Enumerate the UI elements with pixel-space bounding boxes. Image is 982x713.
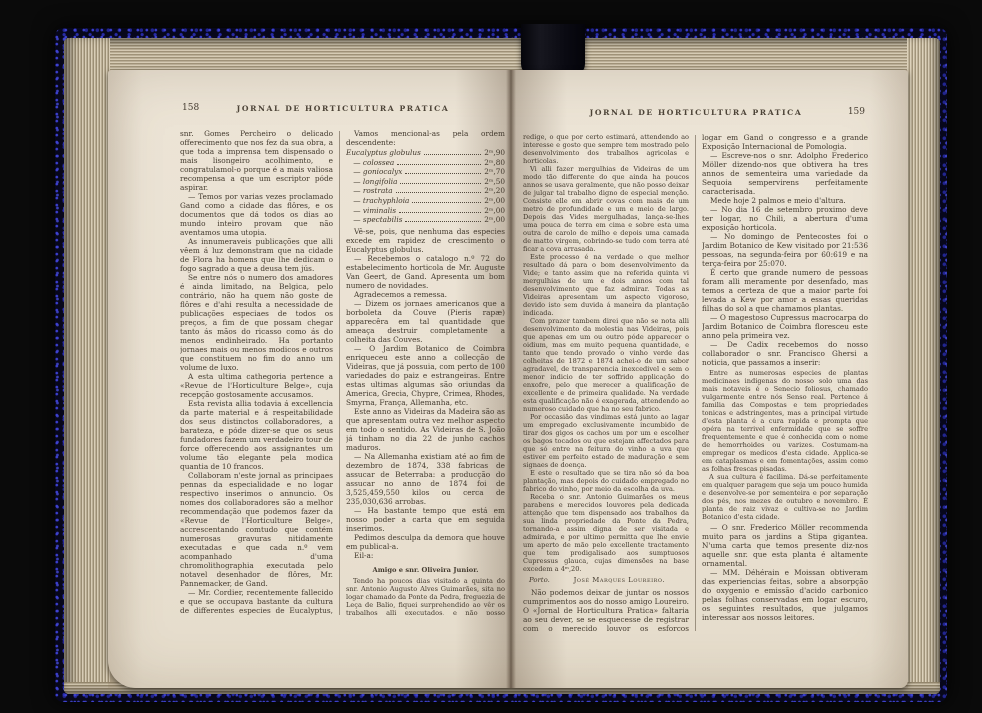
dotted-leader — [405, 173, 481, 174]
closing-paragraphs: — O snr. Frederico Möller recommenda mui… — [702, 523, 868, 622]
left-page-column-1: snr. Gomes Percheiro o delicado offereci… — [180, 129, 333, 615]
species-height-value: 2ᵐ,50 — [484, 177, 505, 187]
species-height-value: 2ᵐ,20 — [484, 186, 505, 196]
species-list-intro: Vamos mencional-as pela ordem descendent… — [346, 129, 505, 147]
paragraph: — Na Allemanha existiam até ao fim de de… — [346, 452, 505, 506]
paragraph: — O Jardim Botanico de Coimbra enriquece… — [346, 344, 505, 407]
paragraph: — No domingo de Pentecostes foi o Jardim… — [702, 232, 868, 268]
letter-signature: Porto. José Marques Loureiro. — [523, 576, 689, 584]
dotted-leader — [405, 221, 481, 222]
letter-paragraph: E este o resultado que se tira não só da… — [523, 469, 689, 493]
right-page-column-2: logar em Gand o congresso e a grande Exp… — [702, 133, 868, 631]
dotted-leader — [397, 164, 481, 165]
paragraph: A esta ultima cathegoria pertence a «Rev… — [180, 372, 333, 399]
left-running-head: 158 JORNAL DE HORTICULTURA PRATICA — [180, 104, 506, 118]
paragraph: logar em Gand o congresso e a grande Exp… — [702, 133, 868, 151]
letter-paragraph: Este processo é na verdade o que melhor … — [523, 253, 689, 317]
paragraph: — No dia 16 de setembro proximo deve ter… — [702, 205, 868, 232]
species-height-value: 2ᵐ,80 — [484, 158, 505, 168]
paragraph: — Temos por varias vezes proclamado Gand… — [180, 192, 333, 237]
right-page-number: 159 — [848, 107, 865, 117]
paragraph: Se entre nós o numero dos amadores é ain… — [180, 273, 333, 372]
species-name: — spectabilis — [346, 215, 402, 225]
letter-paragraph: Com prazer tambem direi que não se nota … — [523, 317, 689, 413]
spine-binding — [521, 24, 585, 76]
species-row: — trachyphloia 2ᵐ,00 — [346, 196, 505, 206]
species-row: — longifolia 2ᵐ,50 — [346, 177, 505, 187]
species-name: Eucalyptus globulus — [346, 148, 421, 158]
page-edges-top — [64, 38, 940, 72]
paragraph: — Recebemos o catalogo n.º 72 do estabel… — [346, 254, 505, 290]
dotted-leader — [412, 202, 481, 203]
paragraph: Agradecemos a remessa. — [346, 290, 505, 299]
species-row: — viminalis 2ᵐ,00 — [346, 206, 505, 216]
letter-paragraph: Por occasião das vindimas está junto ao … — [523, 413, 689, 469]
editorial-comment: Não podemos deixar de juntar os nossos c… — [523, 588, 689, 631]
paragraph: — Escreve-nos o snr. Adolpho Frederico M… — [702, 151, 868, 196]
column-rule — [339, 131, 340, 615]
paragraph: — MM. Déhérain e Moissan obtiveram das e… — [702, 568, 868, 622]
paragraph: Vê-se, pois, que nenhuma das especies ex… — [346, 227, 505, 254]
species-name: — colossea — [346, 158, 394, 168]
species-height-value: 2ᵐ,90 — [484, 148, 505, 158]
dotted-leader — [400, 183, 481, 184]
dotted-leader — [396, 192, 482, 193]
right-running-title: JORNAL DE HORTICULTURA PRATICA — [523, 108, 869, 117]
paragraph: — Ha bastante tempo que está em nosso po… — [346, 506, 505, 533]
paragraph: — Dizem os jornaes americanos que a borb… — [346, 299, 505, 344]
paragraph: — O magestoso Cupressus macrocarpa do Ja… — [702, 313, 868, 340]
species-row: Eucalyptus globulus 2ᵐ,90 — [346, 148, 505, 158]
paragraph: É certo que grande numero de pessoas for… — [702, 268, 868, 313]
note-paragraph: A sua cultura é facilima. Dá-se perfeita… — [702, 473, 868, 521]
species-name: — longifolia — [346, 177, 397, 187]
letter-opening-paragraph: Tendo ha poucos dias visitado a quinta d… — [346, 577, 505, 615]
news-paragraphs: logar em Gand o congresso e a grande Exp… — [702, 133, 868, 367]
letter-paragraph: Vi alli fazer mergulhias de Videiras de … — [523, 165, 689, 253]
signature-place: Porto. — [529, 576, 550, 584]
letter-salutation: Amigo e snr. Oliveira Junior. — [346, 566, 505, 574]
left-page-column-2-paragraphs: Vê-se, pois, que nenhuma das especies ex… — [346, 227, 505, 560]
paragraph: — O snr. Frederico Möller recommenda mui… — [702, 523, 868, 568]
page-edges-right — [907, 38, 940, 694]
species-height-value: 2ᵐ,00 — [484, 196, 505, 206]
paragraph: snr. Gomes Percheiro o delicado offereci… — [180, 129, 333, 192]
column-rule — [695, 135, 696, 631]
paragraph: Este anno as Videiras da Madeira são as … — [346, 407, 505, 452]
species-row: — goniocalyx 2ᵐ,70 — [346, 167, 505, 177]
letter-paragraph: redige, o que por certo estimará, attend… — [523, 133, 689, 165]
species-height-value: 2ᵐ,70 — [484, 167, 505, 177]
left-page-column-2: Vamos mencional-as pela ordem descendent… — [346, 129, 505, 615]
species-name: — rostrata — [346, 186, 393, 196]
paragraph: Não podemos deixar de juntar os nossos c… — [523, 588, 689, 631]
species-name: — goniocalyx — [346, 167, 402, 177]
inserted-note: Entre as numerosas especies de plantas m… — [702, 369, 868, 521]
signature-name: José Marques Loureiro. — [550, 576, 689, 584]
paragraph: — De Cadix recebemos do nosso collaborad… — [702, 340, 868, 367]
species-height-value: 2ᵐ,00 — [484, 215, 505, 225]
eucalyptus-height-list: Eucalyptus globulus 2ᵐ,90 — colossea 2ᵐ,… — [346, 148, 505, 225]
paragraph: Eil-a: — [346, 551, 505, 560]
page-edges-left — [64, 38, 110, 694]
right-page: JORNAL DE HORTICULTURA PRATICA 159 redig… — [511, 70, 908, 688]
letter-paragraph: Receba o snr. Antonio Guimarães os meus … — [523, 493, 689, 573]
species-name: — trachyphloia — [346, 196, 409, 206]
letter-continuation: redige, o que por certo estimará, attend… — [523, 133, 689, 573]
species-row: — spectabilis 2ᵐ,00 — [346, 215, 505, 225]
dotted-leader — [399, 212, 481, 213]
paragraph: Esta revista allia todavia á excellencia… — [180, 399, 333, 471]
species-name: — viminalis — [346, 206, 396, 216]
species-height-value: 2ᵐ,00 — [484, 206, 505, 216]
right-page-column-1: redige, o que por certo estimará, attend… — [523, 133, 689, 631]
open-book-spread: 158 JORNAL DE HORTICULTURA PRATICA snr. … — [108, 70, 908, 688]
paragraph: — Mr. Cordier, recentemente fallecido e … — [180, 588, 333, 615]
right-running-head: JORNAL DE HORTICULTURA PRATICA 159 — [523, 108, 869, 122]
paragraph: Collaboram n'este jornal as principaes p… — [180, 471, 333, 588]
species-row: — rostrata 2ᵐ,20 — [346, 186, 505, 196]
left-running-title: JORNAL DE HORTICULTURA PRATICA — [180, 104, 506, 113]
dotted-leader — [424, 154, 481, 155]
paragraph: As innumeraveis publicações que alli vêe… — [180, 237, 333, 273]
paragraph: Mede hoje 2 palmos e meio d'altura. — [702, 196, 868, 205]
paragraph: Pedimos desculpa da demora que houve em … — [346, 533, 505, 551]
left-page: 158 JORNAL DE HORTICULTURA PRATICA snr. … — [108, 70, 511, 688]
note-paragraph: Entre as numerosas especies de plantas m… — [702, 369, 868, 473]
species-row: — colossea 2ᵐ,80 — [346, 158, 505, 168]
